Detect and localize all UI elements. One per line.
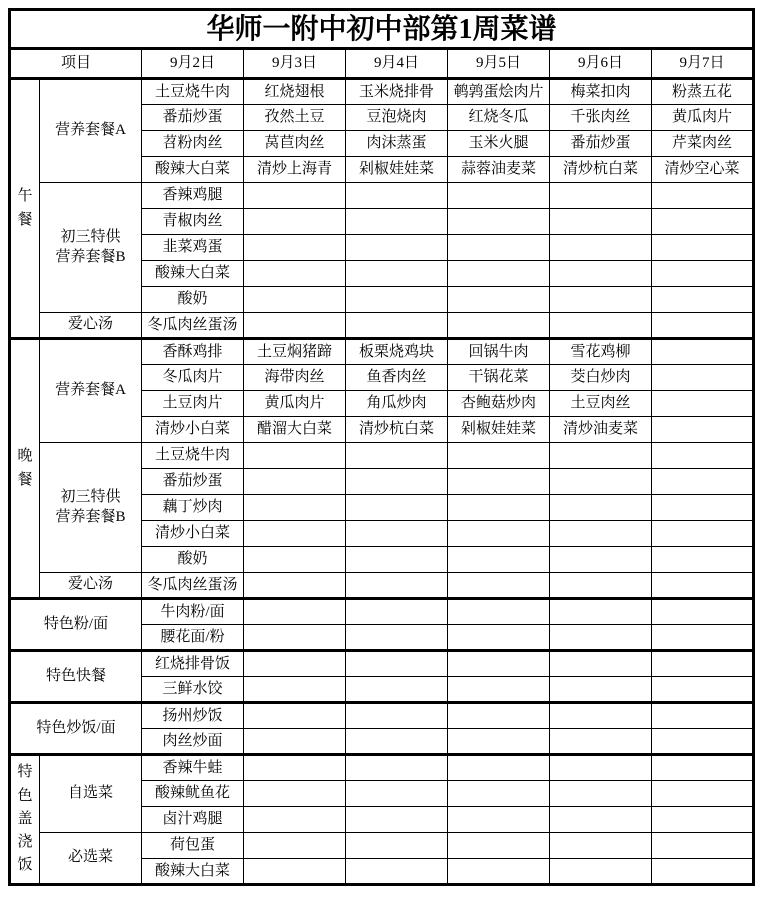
empty-cell <box>244 495 346 521</box>
empty-cell <box>244 573 346 599</box>
menu-table: 华师一附中初中部第1周菜谱 项目 9月2日 9月3日 9月4日 9月5日 9月6… <box>8 8 755 886</box>
dish-cell: 清炒杭白菜 <box>346 417 448 443</box>
empty-cell <box>652 391 754 417</box>
dish-cell: 孜然土豆 <box>244 105 346 131</box>
empty-cell <box>448 443 550 469</box>
empty-cell <box>652 625 754 651</box>
category-label: 特色粉/面 <box>10 599 142 651</box>
empty-cell <box>550 651 652 677</box>
empty-cell <box>244 807 346 833</box>
empty-cell <box>346 781 448 807</box>
empty-cell <box>244 261 346 287</box>
meal-section-label: 午餐 <box>10 79 40 339</box>
dish-cell: 苕粉肉丝 <box>142 131 244 157</box>
empty-cell <box>550 495 652 521</box>
empty-cell <box>550 573 652 599</box>
dish-cell: 清炒杭白菜 <box>550 157 652 183</box>
empty-cell <box>346 521 448 547</box>
category-label: 营养套餐A <box>40 79 142 183</box>
dish-cell: 清炒空心菜 <box>652 157 754 183</box>
category-label: 特色快餐 <box>10 651 142 703</box>
dish-cell: 酸辣大白菜 <box>142 261 244 287</box>
empty-cell <box>652 573 754 599</box>
dish-cell: 肉沫蒸蛋 <box>346 131 448 157</box>
dish-cell: 粉蒸五花 <box>652 79 754 105</box>
empty-cell <box>346 859 448 885</box>
empty-cell <box>346 677 448 703</box>
category-label: 初三特供 营养套餐B <box>40 183 142 313</box>
empty-cell <box>448 677 550 703</box>
empty-cell <box>652 781 754 807</box>
column-header-day: 9月6日 <box>550 49 652 79</box>
column-header-day: 9月3日 <box>244 49 346 79</box>
column-header-item: 项目 <box>10 49 142 79</box>
dish-cell: 回锅牛肉 <box>448 339 550 365</box>
dish-cell: 冬瓜肉丝蛋汤 <box>142 573 244 599</box>
menu-row: 必选菜荷包蛋 <box>10 833 754 859</box>
category-label: 初三特供 营养套餐B <box>40 443 142 573</box>
dish-cell: 土豆烧牛肉 <box>142 443 244 469</box>
meal-section-label: 特色盖浇饭 <box>10 755 40 885</box>
dish-cell: 土豆焖猪蹄 <box>244 339 346 365</box>
dish-cell: 千张肉丝 <box>550 105 652 131</box>
empty-cell <box>244 547 346 573</box>
menu-row: 爱心汤冬瓜肉丝蛋汤 <box>10 313 754 339</box>
empty-cell <box>244 651 346 677</box>
category-label: 爱心汤 <box>40 313 142 339</box>
empty-cell <box>652 677 754 703</box>
dish-cell: 醋溜大白菜 <box>244 417 346 443</box>
dish-cell: 酸奶 <box>142 547 244 573</box>
dish-cell: 扬州炒饭 <box>142 703 244 729</box>
category-label: 特色炒饭/面 <box>10 703 142 755</box>
dish-cell: 板栗烧鸡块 <box>346 339 448 365</box>
empty-cell <box>244 677 346 703</box>
empty-cell <box>652 261 754 287</box>
empty-cell <box>448 469 550 495</box>
dish-cell: 清炒小白菜 <box>142 417 244 443</box>
dish-cell: 番茄炒蛋 <box>550 131 652 157</box>
dish-cell: 牛肉粉/面 <box>142 599 244 625</box>
meal-section-label: 晚餐 <box>10 339 40 599</box>
column-header-day: 9月4日 <box>346 49 448 79</box>
dish-cell: 酸辣大白菜 <box>142 859 244 885</box>
empty-cell <box>448 287 550 313</box>
empty-cell <box>448 547 550 573</box>
empty-cell <box>346 703 448 729</box>
empty-cell <box>244 183 346 209</box>
dish-cell: 雪花鸡柳 <box>550 339 652 365</box>
empty-cell <box>448 521 550 547</box>
dish-cell: 清炒小白菜 <box>142 521 244 547</box>
empty-cell <box>550 313 652 339</box>
empty-cell <box>652 651 754 677</box>
empty-cell <box>550 261 652 287</box>
dish-cell: 三鲜水饺 <box>142 677 244 703</box>
dish-cell: 香辣牛蛙 <box>142 755 244 781</box>
dish-cell: 玉米烧排骨 <box>346 79 448 105</box>
empty-cell <box>550 469 652 495</box>
empty-cell <box>448 833 550 859</box>
menu-row: 特色盖浇饭自选菜香辣牛蛙 <box>10 755 754 781</box>
empty-cell <box>550 183 652 209</box>
empty-cell <box>652 313 754 339</box>
header-row: 项目 9月2日 9月3日 9月4日 9月5日 9月6日 9月7日 <box>10 49 754 79</box>
empty-cell <box>652 755 754 781</box>
menu-row: 爱心汤冬瓜肉丝蛋汤 <box>10 573 754 599</box>
empty-cell <box>346 235 448 261</box>
dish-cell: 韭菜鸡蛋 <box>142 235 244 261</box>
empty-cell <box>244 287 346 313</box>
empty-cell <box>448 729 550 755</box>
empty-cell <box>652 339 754 365</box>
empty-cell <box>448 755 550 781</box>
empty-cell <box>652 469 754 495</box>
dish-cell: 鱼香肉丝 <box>346 365 448 391</box>
empty-cell <box>244 469 346 495</box>
dish-cell: 芹菜肉丝 <box>652 131 754 157</box>
empty-cell <box>346 261 448 287</box>
empty-cell <box>550 677 652 703</box>
dish-cell: 鹌鹑蛋烩肉片 <box>448 79 550 105</box>
dish-cell: 清炒上海青 <box>244 157 346 183</box>
dish-cell: 干锅花菜 <box>448 365 550 391</box>
empty-cell <box>244 781 346 807</box>
empty-cell <box>550 443 652 469</box>
dish-cell: 香酥鸡排 <box>142 339 244 365</box>
dish-cell: 藕丁炒肉 <box>142 495 244 521</box>
column-header-day: 9月7日 <box>652 49 754 79</box>
empty-cell <box>652 833 754 859</box>
empty-cell <box>346 209 448 235</box>
empty-cell <box>652 209 754 235</box>
dish-cell: 黄瓜肉片 <box>652 105 754 131</box>
empty-cell <box>652 547 754 573</box>
empty-cell <box>346 625 448 651</box>
category-label: 营养套餐A <box>40 339 142 443</box>
empty-cell <box>550 781 652 807</box>
dish-cell: 土豆烧牛肉 <box>142 79 244 105</box>
dish-cell: 黄瓜肉片 <box>244 391 346 417</box>
dish-cell: 番茄炒蛋 <box>142 469 244 495</box>
dish-cell: 荷包蛋 <box>142 833 244 859</box>
empty-cell <box>346 833 448 859</box>
empty-cell <box>346 599 448 625</box>
empty-cell <box>448 807 550 833</box>
category-label: 自选菜 <box>40 755 142 833</box>
dish-cell: 冬瓜肉丝蛋汤 <box>142 313 244 339</box>
dish-cell: 卤汁鸡腿 <box>142 807 244 833</box>
empty-cell <box>448 495 550 521</box>
menu-row: 晚餐营养套餐A香酥鸡排土豆焖猪蹄板栗烧鸡块回锅牛肉雪花鸡柳 <box>10 339 754 365</box>
empty-cell <box>550 807 652 833</box>
empty-cell <box>550 521 652 547</box>
menu-row: 初三特供 营养套餐B土豆烧牛肉 <box>10 443 754 469</box>
empty-cell <box>652 287 754 313</box>
empty-cell <box>346 573 448 599</box>
empty-cell <box>244 209 346 235</box>
empty-cell <box>448 573 550 599</box>
dish-cell: 豆泡烧肉 <box>346 105 448 131</box>
empty-cell <box>448 625 550 651</box>
empty-cell <box>244 703 346 729</box>
empty-cell <box>550 235 652 261</box>
empty-cell <box>244 755 346 781</box>
empty-cell <box>448 235 550 261</box>
empty-cell <box>550 703 652 729</box>
empty-cell <box>346 651 448 677</box>
empty-cell <box>244 625 346 651</box>
dish-cell: 茭白炒肉 <box>550 365 652 391</box>
empty-cell <box>346 495 448 521</box>
empty-cell <box>550 729 652 755</box>
empty-cell <box>244 443 346 469</box>
dish-cell: 莴苣肉丝 <box>244 131 346 157</box>
menu-row: 初三特供 营养套餐B香辣鸡腿 <box>10 183 754 209</box>
empty-cell <box>448 651 550 677</box>
empty-cell <box>448 209 550 235</box>
dish-cell: 海带肉丝 <box>244 365 346 391</box>
dish-cell: 香辣鸡腿 <box>142 183 244 209</box>
empty-cell <box>652 495 754 521</box>
empty-cell <box>652 443 754 469</box>
empty-cell <box>652 859 754 885</box>
empty-cell <box>244 235 346 261</box>
dish-cell: 蒜蓉油麦菜 <box>448 157 550 183</box>
empty-cell <box>550 287 652 313</box>
title-row: 华师一附中初中部第1周菜谱 <box>10 10 754 49</box>
dish-cell: 杏鲍菇炒肉 <box>448 391 550 417</box>
empty-cell <box>346 807 448 833</box>
dish-cell: 酸辣大白菜 <box>142 157 244 183</box>
empty-cell <box>244 729 346 755</box>
empty-cell <box>244 313 346 339</box>
empty-cell <box>346 313 448 339</box>
dish-cell: 红烧排骨饭 <box>142 651 244 677</box>
dish-cell: 酸奶 <box>142 287 244 313</box>
empty-cell <box>448 781 550 807</box>
empty-cell <box>346 443 448 469</box>
dish-cell: 酸辣鱿鱼花 <box>142 781 244 807</box>
empty-cell <box>652 703 754 729</box>
category-label: 爱心汤 <box>40 573 142 599</box>
empty-cell <box>550 599 652 625</box>
empty-cell <box>244 859 346 885</box>
empty-cell <box>652 521 754 547</box>
category-label: 必选菜 <box>40 833 142 885</box>
empty-cell <box>652 807 754 833</box>
menu-page: 华师一附中初中部第1周菜谱 项目 9月2日 9月3日 9月4日 9月5日 9月6… <box>0 0 759 906</box>
empty-cell <box>346 469 448 495</box>
empty-cell <box>652 417 754 443</box>
column-header-day: 9月2日 <box>142 49 244 79</box>
empty-cell <box>652 729 754 755</box>
empty-cell <box>244 833 346 859</box>
dish-cell: 红烧翅根 <box>244 79 346 105</box>
empty-cell <box>244 599 346 625</box>
empty-cell <box>448 703 550 729</box>
empty-cell <box>448 313 550 339</box>
empty-cell <box>448 859 550 885</box>
empty-cell <box>346 729 448 755</box>
dish-cell: 剁椒娃娃菜 <box>448 417 550 443</box>
menu-row: 特色炒饭/面扬州炒饭 <box>10 703 754 729</box>
empty-cell <box>652 183 754 209</box>
empty-cell <box>346 287 448 313</box>
dish-cell: 角瓜炒肉 <box>346 391 448 417</box>
empty-cell <box>652 599 754 625</box>
dish-cell: 番茄炒蛋 <box>142 105 244 131</box>
empty-cell <box>448 599 550 625</box>
empty-cell <box>652 365 754 391</box>
dish-cell: 清炒油麦菜 <box>550 417 652 443</box>
dish-cell: 土豆肉片 <box>142 391 244 417</box>
dish-cell: 土豆肉丝 <box>550 391 652 417</box>
dish-cell: 青椒肉丝 <box>142 209 244 235</box>
empty-cell <box>448 183 550 209</box>
empty-cell <box>550 755 652 781</box>
empty-cell <box>550 209 652 235</box>
empty-cell <box>346 755 448 781</box>
empty-cell <box>550 833 652 859</box>
page-title: 华师一附中初中部第1周菜谱 <box>10 10 754 49</box>
empty-cell <box>448 261 550 287</box>
empty-cell <box>652 235 754 261</box>
menu-row: 午餐营养套餐A土豆烧牛肉红烧翅根玉米烧排骨鹌鹑蛋烩肉片梅菜扣肉粉蒸五花 <box>10 79 754 105</box>
dish-cell: 梅菜扣肉 <box>550 79 652 105</box>
empty-cell <box>346 547 448 573</box>
dish-cell: 腰花面/粉 <box>142 625 244 651</box>
dish-cell: 冬瓜肉片 <box>142 365 244 391</box>
menu-row: 特色粉/面牛肉粉/面 <box>10 599 754 625</box>
dish-cell: 玉米火腿 <box>448 131 550 157</box>
dish-cell: 肉丝炒面 <box>142 729 244 755</box>
dish-cell: 红烧冬瓜 <box>448 105 550 131</box>
empty-cell <box>550 625 652 651</box>
empty-cell <box>244 521 346 547</box>
column-header-day: 9月5日 <box>448 49 550 79</box>
empty-cell <box>550 859 652 885</box>
empty-cell <box>550 547 652 573</box>
empty-cell <box>346 183 448 209</box>
dish-cell: 剁椒娃娃菜 <box>346 157 448 183</box>
menu-row: 特色快餐红烧排骨饭 <box>10 651 754 677</box>
